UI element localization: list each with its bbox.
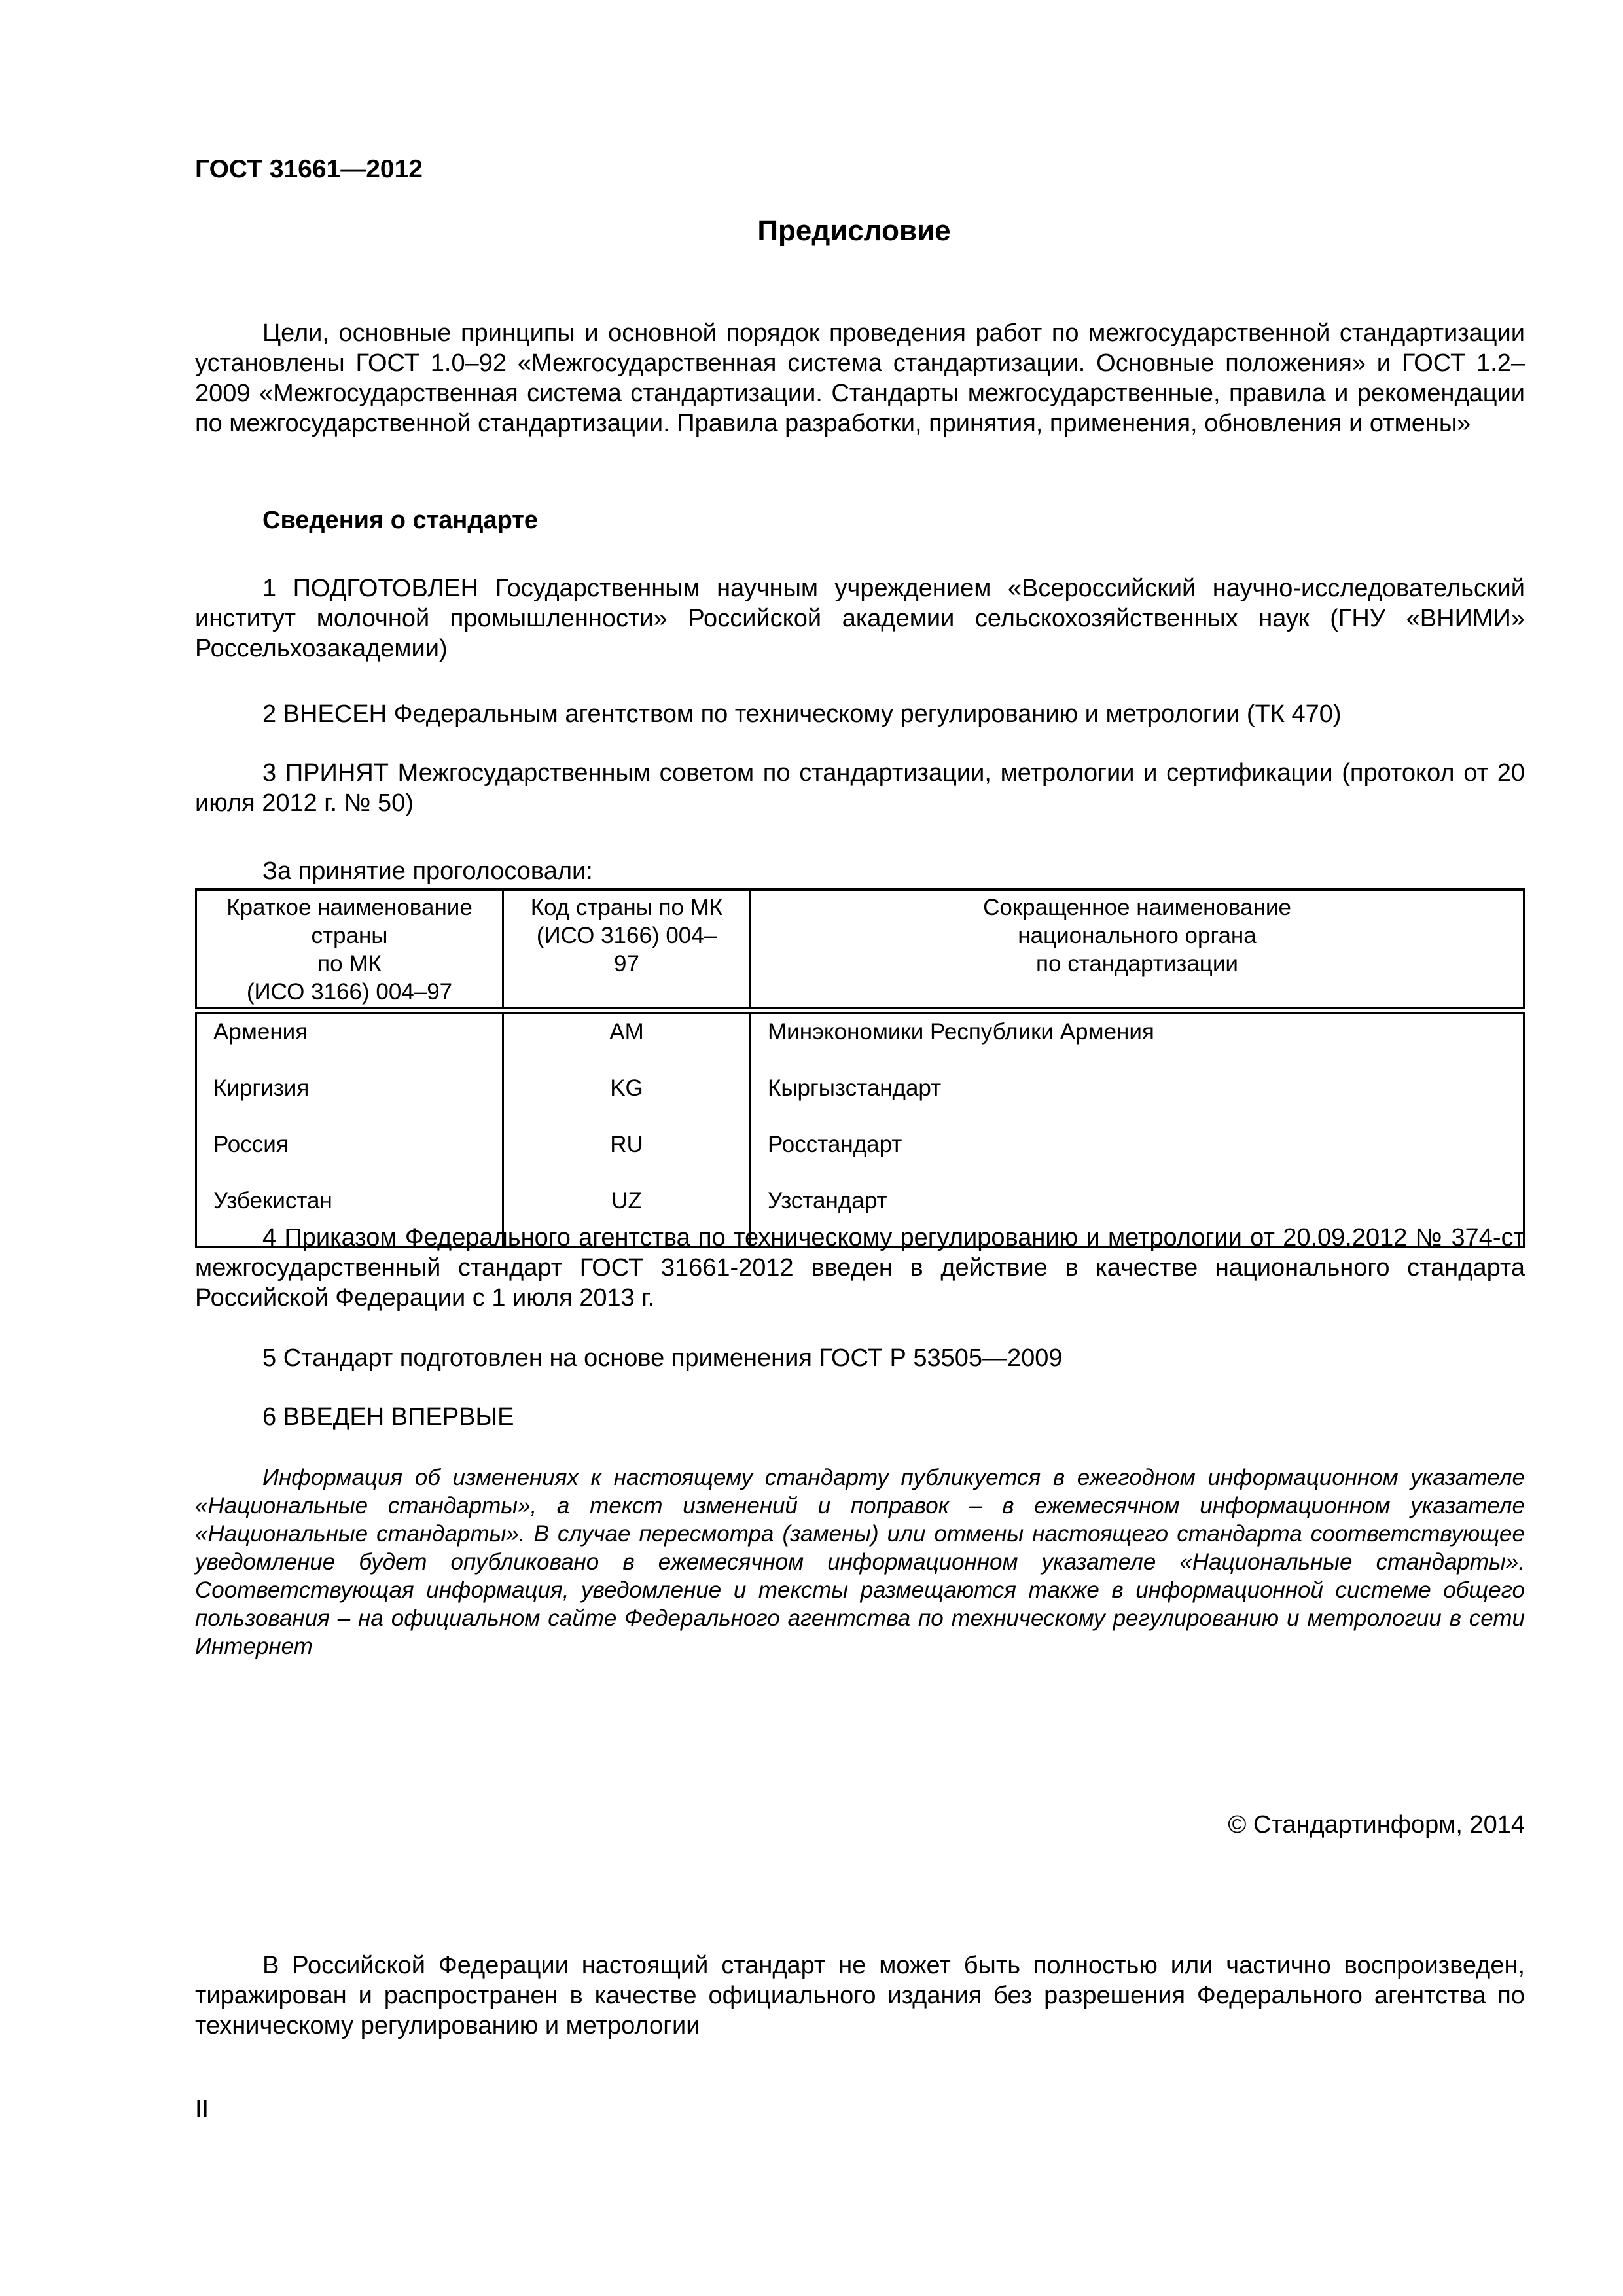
info-note: Информация об изменениях к настоящему ст…: [195, 1463, 1525, 1660]
header-line: (ИСО 3166) 004–97: [213, 978, 486, 1006]
cell-body: Росстандарт: [751, 1126, 1524, 1183]
cell-body: Кыргызстандарт: [751, 1070, 1524, 1126]
header-country-name: Краткое наименование страны по МК (ИСО 3…: [196, 889, 503, 1011]
header-line: Код страны по МК: [520, 893, 733, 922]
table-row: Россия RU Росстандарт: [196, 1126, 1524, 1183]
item-4-order: 4 Приказом Федерального агентства по тех…: [195, 1223, 1525, 1313]
header-line: 97: [520, 950, 733, 978]
item-5-basis: 5 Стандарт подготовлен на основе примене…: [195, 1343, 1525, 1373]
cell-code: RU: [503, 1126, 751, 1183]
cell-code: KG: [503, 1070, 751, 1126]
header-country-code: Код страны по МК (ИСО 3166) 004– 97: [503, 889, 751, 1011]
cell-code: AM: [503, 1011, 751, 1070]
item-1-prepared: 1 ПОДГОТОВЛЕН Государственным научным уч…: [195, 573, 1525, 664]
document-code: ГОСТ 31661—2012: [195, 154, 423, 185]
reproduction-notice: В Российской Федерации настоящий стандар…: [195, 1950, 1525, 2041]
header-line: по МК: [213, 950, 486, 978]
table-row: Армения AM Минэкономики Республики Армен…: [196, 1011, 1524, 1070]
header-line: национального органа: [768, 922, 1507, 950]
page-title: Предисловие: [0, 216, 1623, 246]
item-6-first-introduced: 6 ВВЕДЕН ВПЕРВЫЕ: [195, 1402, 1525, 1432]
intro-paragraph: Цели, основные принципы и основной поряд…: [195, 318, 1525, 439]
voting-table: Краткое наименование страны по МК (ИСО 3…: [195, 888, 1525, 1248]
section-heading: Сведения о стандарте: [195, 505, 1525, 535]
header-line: (ИСО 3166) 004–: [520, 922, 733, 950]
cell-country: Армения: [196, 1011, 503, 1070]
cell-country: Россия: [196, 1126, 503, 1183]
cell-country: Киргизия: [196, 1070, 503, 1126]
table-header-row: Краткое наименование страны по МК (ИСО 3…: [196, 889, 1524, 1011]
copyright: © Стандартинформ, 2014: [1228, 1810, 1525, 1840]
cell-body: Минэкономики Республики Армения: [751, 1011, 1524, 1070]
header-national-body: Сокращенное наименование национального о…: [751, 889, 1524, 1011]
item-2-submitted: 2 ВНЕСЕН Федеральным агентством по техни…: [195, 699, 1525, 729]
page-number: II: [195, 2094, 209, 2125]
header-line: Краткое наименование страны: [213, 893, 486, 950]
header-line: Сокращенное наименование: [768, 893, 1507, 922]
header-line: по стандартизации: [768, 950, 1507, 978]
voted-label: За принятие проголосовали:: [195, 856, 1525, 886]
table-row: Киргизия KG Кыргызстандарт: [196, 1070, 1524, 1126]
item-3-adopted: 3 ПРИНЯТ Межгосударственным советом по с…: [195, 758, 1525, 818]
